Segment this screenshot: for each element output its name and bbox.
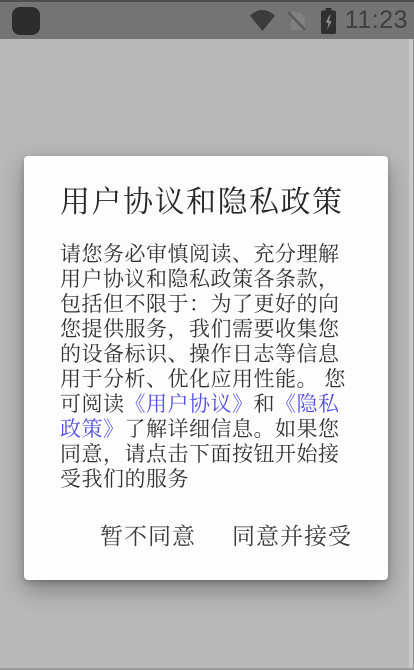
disagree-button[interactable]: 暂不同意 xyxy=(100,506,196,563)
app-notification-icon xyxy=(12,7,40,35)
battery-charging-icon xyxy=(321,8,336,34)
message-text: 请您务必审慎阅读、充分理解 用户协议和隐私政策各条款， 包括但不限于：为了更好的… xyxy=(60,243,346,416)
wifi-icon xyxy=(250,10,275,31)
status-bar-right-group: 11:23 xyxy=(250,1,414,40)
agree-button[interactable]: 同意并接受 xyxy=(232,506,352,563)
status-bar: 11:23 xyxy=(0,0,414,39)
status-clock: 11:23 xyxy=(345,1,408,40)
user-agreement-link[interactable]: 《用户协议》 xyxy=(125,393,254,416)
privacy-policy-dialog: 用户协议和隐私政策 请您务必审慎阅读、充分理解 用户协议和隐私政策各条款， 包括… xyxy=(24,156,388,580)
screen-edge-strip xyxy=(409,39,414,668)
no-sim-icon xyxy=(286,10,307,32)
dialog-title: 用户协议和隐私政策 xyxy=(60,184,352,222)
dialog-button-row: 暂不同意 同意并接受 xyxy=(60,506,352,563)
dialog-message: 请您务必审慎阅读、充分理解 用户协议和隐私政策各条款， 包括但不限于：为了更好的… xyxy=(60,242,352,492)
phone-screen: 11:23 用户协议和隐私政策 请您务必审慎阅读、充分理解 用户协议和隐私政策各… xyxy=(0,0,414,670)
message-text: 和 xyxy=(254,393,276,416)
